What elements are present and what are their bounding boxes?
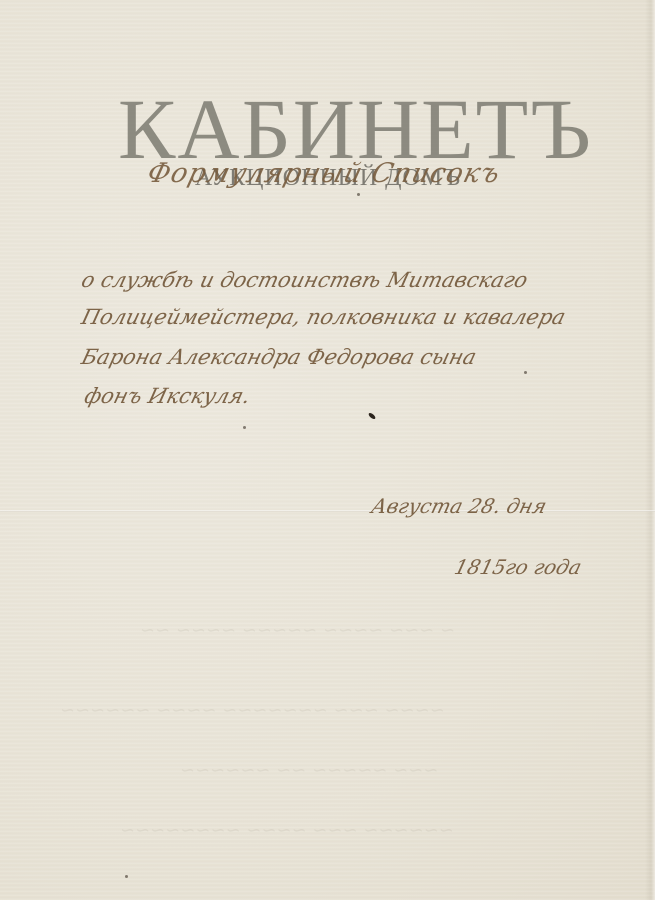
paper-spot: [243, 426, 246, 429]
manuscript-line: Барона Александра Федорова сына: [79, 345, 479, 369]
paper-spot: [524, 371, 527, 374]
manuscript-heading: Формулярный Списокъ: [144, 158, 504, 189]
manuscript-line: фонъ Икскуля.: [82, 384, 253, 408]
bleed-through-text: ~~~~ ~~~ ~~~~~~~ ~~~~ ~~~~~~: [58, 700, 447, 721]
manuscript-line: Полицеймейстера, полковника и кавалера: [79, 305, 568, 329]
bleed-through-text: ~~~ ~~~~~ ~~ ~~~~~~: [178, 760, 440, 781]
manuscript-date: Августа 28. дня: [369, 494, 549, 518]
manuscript-line: о службѣ и достоинствѣ Митавскаго: [79, 268, 530, 292]
paper-spot: [357, 193, 360, 196]
bleed-through-text: ~ ~~~ ~~~~ ~~~~~ ~~~~ ~~: [138, 620, 457, 641]
manuscript-year: 1815го года: [452, 555, 584, 579]
paper-right-edge: [645, 0, 655, 900]
paper-spot: [125, 875, 128, 878]
paper-fold-line: [0, 510, 655, 512]
bleed-through-text: ~~~~~~ ~~~ ~~~~ ~~~~~~~~: [118, 820, 456, 841]
